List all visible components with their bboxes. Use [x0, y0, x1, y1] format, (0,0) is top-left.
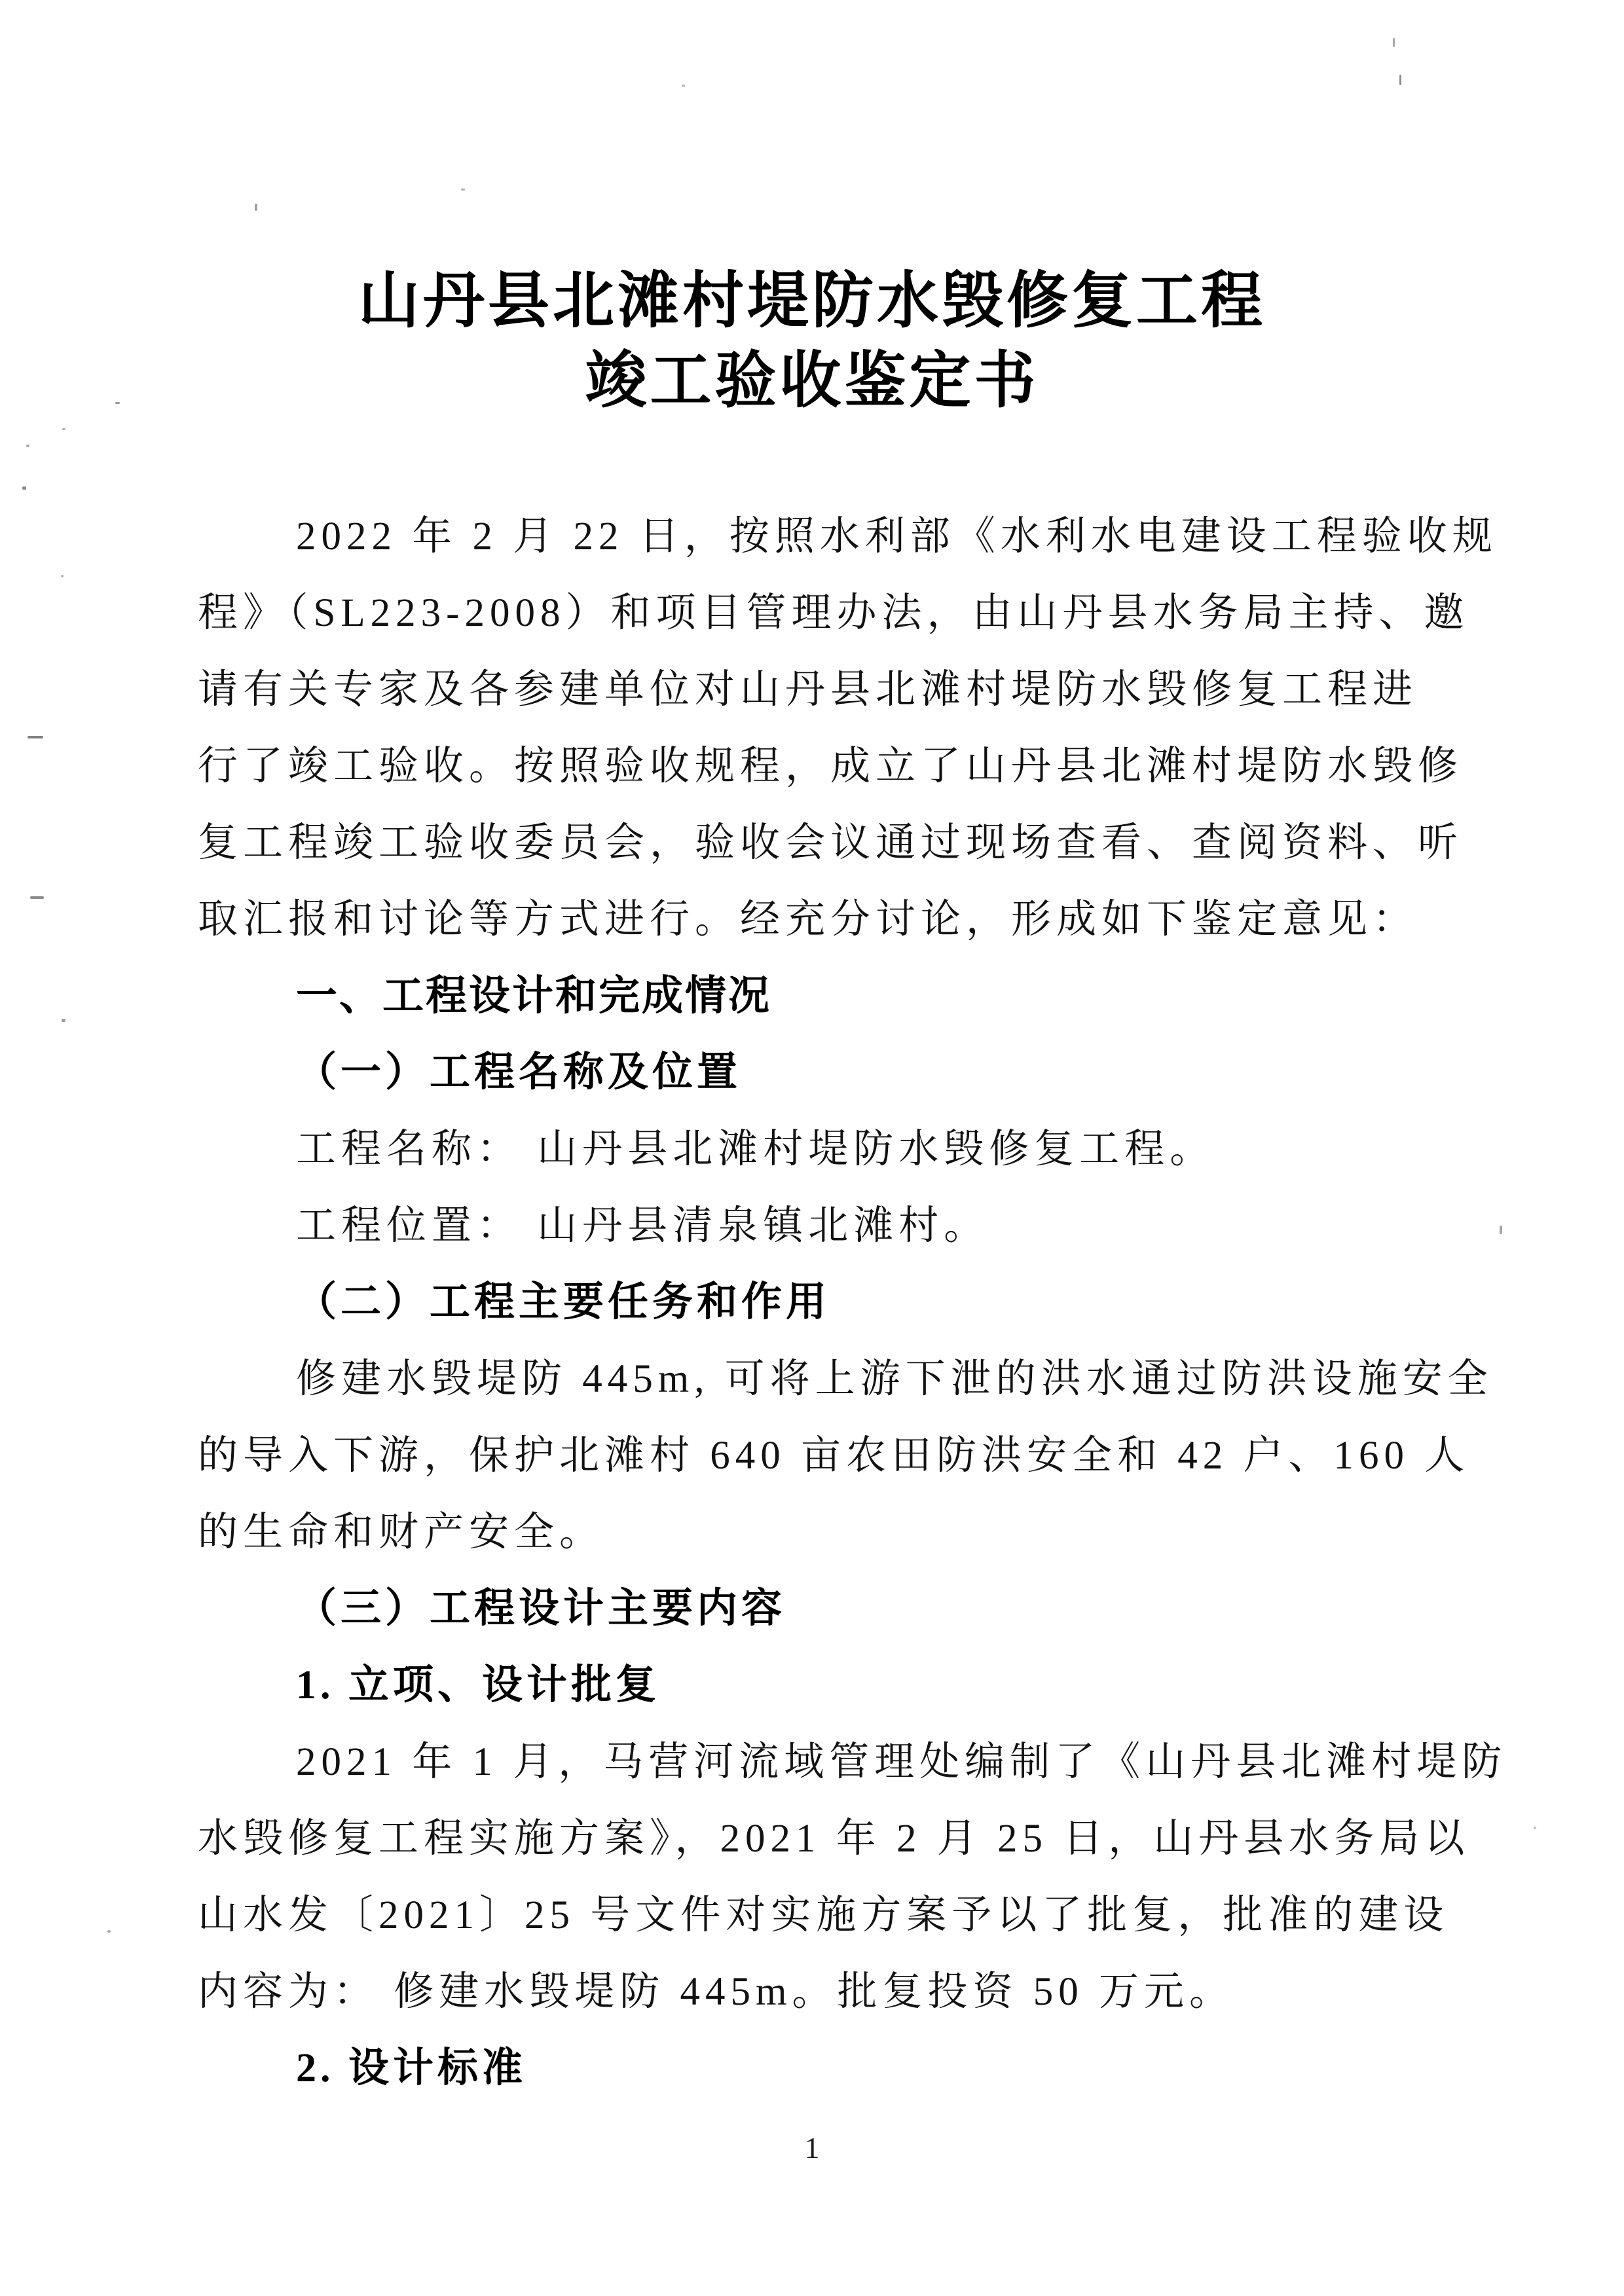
- text-line: 的生命和财产安全。: [198, 1494, 1434, 1571]
- scan-speck: [62, 1019, 65, 1022]
- text-line: 工程名称： 山丹县北滩村堤防水毁修复工程。: [198, 1111, 1434, 1188]
- document-body: 2022 年 2 月 22 日，按照水利部《水利水电建设工程验收规程》（SL22…: [198, 498, 1434, 2107]
- document-title: 山丹县北滩村堤防水毁修复工程 竣工验收鉴定书: [0, 261, 1624, 420]
- scan-speck: [61, 575, 64, 577]
- text-line: 2. 设计标准: [198, 2030, 1434, 2107]
- text-line: 水毁修复工程实施方案》，2021 年 2 月 25 日，山丹县水务局以: [198, 1800, 1434, 1877]
- text-line: （二）工程主要任务和作用: [198, 1264, 1434, 1341]
- text-line: 请有关专家及各参建单位对山丹县北滩村堤防水毁修复工程进: [198, 651, 1434, 728]
- text-line: 取汇报和讨论等方式进行。经充分讨论，形成如下鉴定意见：: [198, 881, 1434, 958]
- scan-speck: [115, 402, 120, 404]
- document-title-line-2: 竣工验收鉴定书: [0, 340, 1624, 420]
- text-line: （三）工程设计主要内容: [198, 1571, 1434, 1647]
- text-line: 1. 立项、设计批复: [198, 1647, 1434, 1724]
- scan-speck: [30, 896, 44, 899]
- scan-speck: [28, 736, 43, 738]
- document-title-line-1: 山丹县北滩村堤防水毁修复工程: [0, 261, 1624, 340]
- text-line: 一、工程设计和完成情况: [198, 958, 1434, 1034]
- scan-speck: [107, 1930, 111, 1933]
- scan-speck: [682, 84, 685, 87]
- text-line: 山水发〔2021〕25 号文件对实施方案予以了批复，批准的建设: [198, 1877, 1434, 1954]
- document-page: 山丹县北滩村堤防水毁修复工程 竣工验收鉴定书 2022 年 2 月 22 日，按…: [0, 0, 1624, 2296]
- scan-speck: [1500, 1226, 1502, 1234]
- scan-speck: [1534, 1827, 1536, 1829]
- scan-speck: [461, 189, 465, 191]
- text-line: 修建水毁堤防 445m, 可将上游下泄的洪水通过防洪设施安全: [198, 1341, 1434, 1417]
- scan-speck: [22, 486, 26, 490]
- text-line: 复工程竣工验收委员会，验收会议通过现场查看、查阅资料、听: [198, 805, 1434, 881]
- scan-speck: [62, 428, 65, 430]
- text-line: 行了竣工验收。按照验收规程，成立了山丹县北滩村堤防水毁修: [198, 728, 1434, 805]
- text-line: 程》（SL223-2008）和项目管理办法，由山丹县水务局主持、邀: [198, 575, 1434, 651]
- text-line: 内容为： 修建水毁堤防 445m。批复投资 50 万元。: [198, 1954, 1434, 2030]
- text-line: 的导入下游，保护北滩村 640 亩农田防洪安全和 42 户、160 人: [198, 1417, 1434, 1494]
- text-line: 2022 年 2 月 22 日，按照水利部《水利水电建设工程验收规: [198, 498, 1434, 575]
- scan-speck: [1399, 75, 1401, 85]
- text-line: 工程位置： 山丹县清泉镇北滩村。: [198, 1188, 1434, 1264]
- page-number: 1: [0, 2131, 1624, 2165]
- scan-speck: [1393, 38, 1395, 47]
- scan-speck: [255, 204, 257, 211]
- text-line: 2021 年 1 月，马营河流域管理处编制了《山丹县北滩村堤防: [198, 1724, 1434, 1800]
- text-line: （一）工程名称及位置: [198, 1034, 1434, 1111]
- scan-speck: [26, 445, 29, 447]
